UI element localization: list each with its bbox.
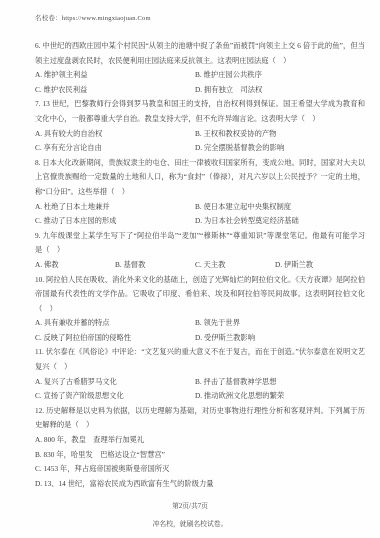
page-number: 第2页/共7页	[0, 500, 380, 510]
question-11-stem: 11. 伏尔泰在《风俗论》中评论：“文艺复兴的重大意义不在于复古，而在于创造。”…	[35, 345, 365, 374]
question-11-option-b: B. 抨击了基督教神学思想	[195, 375, 365, 390]
question-9: 9. 九年级课堂上某学生写下了“阿拉伯半岛”“麦加”“穆斯林”“尊重知识”等课堂…	[35, 229, 365, 273]
question-11-option-a: A. 复兴了古希腊罗马文化	[35, 375, 195, 390]
question-11-options-row-1: A. 复兴了古希腊罗马文化 B. 抨击了基督教神学思想	[35, 375, 365, 390]
question-6-option-a: A. 维护领主利益	[35, 68, 195, 83]
question-6-stem: 6. 中世纪的西欧庄园中某个村民因“从领主的池塘中捉了条鱼”而被罚“向领主上交 …	[35, 39, 365, 68]
question-6-options-row-1: A. 维护领主利益 B. 维护庄园公共秩序	[35, 68, 365, 83]
question-11-option-d: D. 推动欧洲文化思想的繁荣	[195, 389, 365, 404]
question-10-option-d: D. 受伊斯兰教影响	[195, 331, 365, 346]
question-7-options-row-1: A. 具有较大的自治权 B. 王权和教权妥协的产物	[35, 127, 365, 142]
question-7-option-c: C. 享有充分言论自由	[35, 141, 195, 156]
page-header: 名校卷：https://www.mingxiaojuan.Com	[0, 0, 380, 22]
header-source-url: 名校卷：https://www.mingxiaojuan.Com	[35, 15, 151, 22]
question-8-options-row-1: A. 杜绝了日本土地兼并 B. 使日本建立起中央集权制度	[35, 200, 365, 215]
question-12: 12. 历史解释是以史料为依据，以历史理解为基础，对历史事物进行理性分析和客观评…	[35, 404, 365, 492]
question-12-option-a: A. 800 年，教皇 查理举行加冕礼	[35, 433, 365, 448]
question-10-option-a: A. 具有兼收并蓄的特点	[35, 316, 195, 331]
question-7-option-d: D. 完全摆脱基督教会的影响	[195, 141, 365, 156]
page-footer: 第2页/共7页 冲名校，就刷名校试卷。	[0, 500, 380, 528]
question-6-option-d: D. 拥有独立 司法权	[195, 83, 365, 98]
question-8-option-b: B. 使日本建立起中央集权制度	[195, 200, 365, 215]
question-11-options-row-2: C. 宣扬了资产阶级思想文化 D. 推动欧洲文化思想的繁荣	[35, 389, 365, 404]
question-8-options-row-2: C. 推动了日本庄园的形成 D. 为日本社会转型奠定经济基础	[35, 214, 365, 229]
question-12-stem: 12. 历史解释是以史料为依据，以历史理解为基础，对历史事物进行理性分析和客观评…	[35, 404, 365, 433]
question-6-option-b: B. 维护庄园公共秩序	[195, 68, 365, 83]
question-12-option-c: C. 1453 年，拜占庭帝国被奥斯曼帝国所灭	[35, 462, 365, 477]
question-6-option-c: C. 维护农民利益	[35, 83, 195, 98]
footer-slogan: 冲名校，就刷名校试卷。	[0, 518, 380, 528]
question-10-stem: 10. 阿拉伯人民在吸收、消化外来文化的基础上，创造了光辉灿烂的阿拉伯文化。《天…	[35, 273, 365, 317]
exam-paper-page: 名校卷：https://www.mingxiaojuan.Com 6. 中世纪的…	[0, 0, 380, 538]
questions-area: 6. 中世纪的西欧庄园中某个村民因“从领主的池塘中捉了条鱼”而被罚“向领主上交 …	[0, 22, 380, 491]
question-7: 7. 13 世纪，巴黎教师行会得到罗马教皇和国王的支持，自治权利得到保证。国王希…	[35, 97, 365, 155]
question-8-option-c: C. 推动了日本庄园的形成	[35, 214, 195, 229]
question-7-option-b: B. 王权和教权妥协的产物	[195, 127, 365, 142]
question-7-option-a: A. 具有较大的自治权	[35, 127, 195, 142]
question-6: 6. 中世纪的西欧庄园中某个村民因“从领主的池塘中捉了条鱼”而被罚“向领主上交 …	[35, 39, 365, 97]
question-7-options-row-2: C. 享有充分言论自由 D. 完全摆脱基督教会的影响	[35, 141, 365, 156]
question-8-option-d: D. 为日本社会转型奠定经济基础	[195, 214, 365, 229]
question-9-option-d: D. 伊斯兰教	[275, 258, 355, 273]
question-10-options-row-2: C. 反映了阿拉伯帝国的侵略性 D. 受伊斯兰教影响	[35, 331, 365, 346]
question-11: 11. 伏尔泰在《风俗论》中评论：“文艺复兴的重大意义不在于复古，而在于创造。”…	[35, 345, 365, 403]
question-8: 8. 日本大化改新期间，贵族奴隶主的屯仓、田庄一律被收归国家所有，变成公地。同时…	[35, 156, 365, 229]
question-7-stem: 7. 13 世纪，巴黎教师行会得到罗马教皇和国王的支持，自治权利得到保证。国王希…	[35, 97, 365, 126]
question-10-option-c: C. 反映了阿拉伯帝国的侵略性	[35, 331, 195, 346]
question-10-option-b: B. 领先于世界	[195, 316, 365, 331]
question-9-option-b: B. 基督教	[115, 258, 195, 273]
question-9-option-a: A. 佛教	[35, 258, 115, 273]
question-9-option-c: C. 天主教	[195, 258, 275, 273]
question-10-options-row-1: A. 具有兼收并蓄的特点 B. 领先于世界	[35, 316, 365, 331]
question-12-option-b: B. 830 年，哈里发 巴格达设立“智慧宫”	[35, 448, 365, 463]
question-8-option-a: A. 杜绝了日本土地兼并	[35, 200, 195, 215]
question-10: 10. 阿拉伯人民在吸收、消化外来文化的基础上，创造了光辉灿烂的阿拉伯文化。《天…	[35, 273, 365, 346]
question-9-stem: 9. 九年级课堂上某学生写下了“阿拉伯半岛”“麦加”“穆斯林”“尊重知识”等课堂…	[35, 229, 365, 258]
question-8-stem: 8. 日本大化改新期间，贵族奴隶主的屯仓、田庄一律被收归国家所有，变成公地。同时…	[35, 156, 365, 200]
question-9-options-row: A. 佛教 B. 基督教 C. 天主教 D. 伊斯兰教	[35, 258, 365, 273]
question-12-option-d: D. 13、14 世纪，富裕农民成为西欧富有生气的阶级力量	[35, 477, 365, 492]
question-11-option-c: C. 宣扬了资产阶级思想文化	[35, 389, 195, 404]
question-6-options-row-2: C. 维护农民利益 D. 拥有独立 司法权	[35, 83, 365, 98]
